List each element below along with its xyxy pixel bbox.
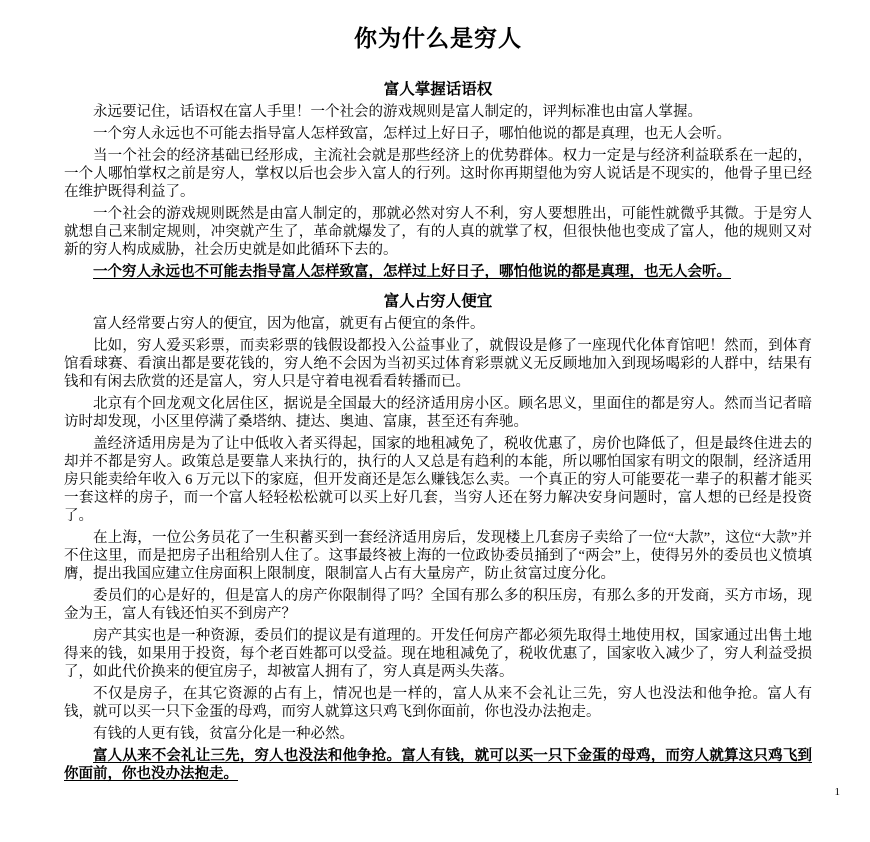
paragraph: 永远要记住，话语权在富人手里！一个社会的游戏规则是富人制定的，评判标准也由富人掌…	[64, 103, 812, 121]
paragraph: 有钱的人更有钱，贫富分化是一种必然。	[64, 725, 812, 743]
paragraph: 比如，穷人爱买彩票，而卖彩票的钱假设都投入公益事业了，就假设是修了一座现代化体育…	[64, 337, 812, 391]
paragraph: 不仅是房子，在其它资源的占有上，情况也是一样的，富人从来不会礼让三先，穷人也没法…	[64, 685, 812, 721]
page-number: 1	[835, 786, 841, 798]
paragraph: 委员们的心是好的，但是富人的房产你限制得了吗？全国有那么多的积压房，有那么多的开…	[64, 587, 812, 623]
paragraph: 一个穷人永远也不可能去指导富人怎样致富，怎样过上好日子，哪怕他说的都是真理，也无…	[64, 125, 812, 143]
emphasized-paragraph: 富人从来不会礼让三先，穷人也没法和他争抢。富人有钱，就可以买一只下金蛋的母鸡，而…	[64, 747, 812, 783]
paragraph: 房产其实也是一种资源，委员们的提议是有道理的。开发任何房产都必须先取得土地使用权…	[64, 627, 812, 681]
paragraph: 富人经常要占穷人的便宜，因为他富，就更有占便宜的条件。	[64, 315, 812, 333]
section-heading-rich-control-discourse: 富人掌握话语权	[64, 77, 812, 99]
paragraph: 盖经济适用房是为了让中低收入者买得起，国家的地租减免了，税收优惠了，房价也降低了…	[64, 435, 812, 525]
emphasized-paragraph: 一个穷人永远也不可能去指导富人怎样致富，怎样过上好日子，哪怕他说的都是真理，也无…	[64, 263, 812, 281]
paragraph: 在上海，一位公务员花了一生积蓄买到一套经济适用房后，发现楼上几套房子卖给了一位“…	[64, 529, 812, 583]
paragraph: 当一个社会的经济基础已经形成，主流社会就是那些经济上的优势群体。权力一定是与经济…	[64, 147, 812, 201]
document-page: 你为什么是穷人 富人掌握话语权 永远要记住，话语权在富人手里！一个社会的游戏规则…	[0, 0, 870, 842]
paragraph: 一个社会的游戏规则既然是由富人制定的，那就必然对穷人不利，穷人要想胜出，可能性就…	[64, 205, 812, 259]
paragraph: 北京有个回龙观文化居住区，据说是全国最大的经济适用房小区。顾名思义，里面住的都是…	[64, 395, 812, 431]
section-heading-rich-take-advantage: 富人占穷人便宜	[64, 289, 812, 311]
document-title: 你为什么是穷人	[64, 20, 812, 53]
